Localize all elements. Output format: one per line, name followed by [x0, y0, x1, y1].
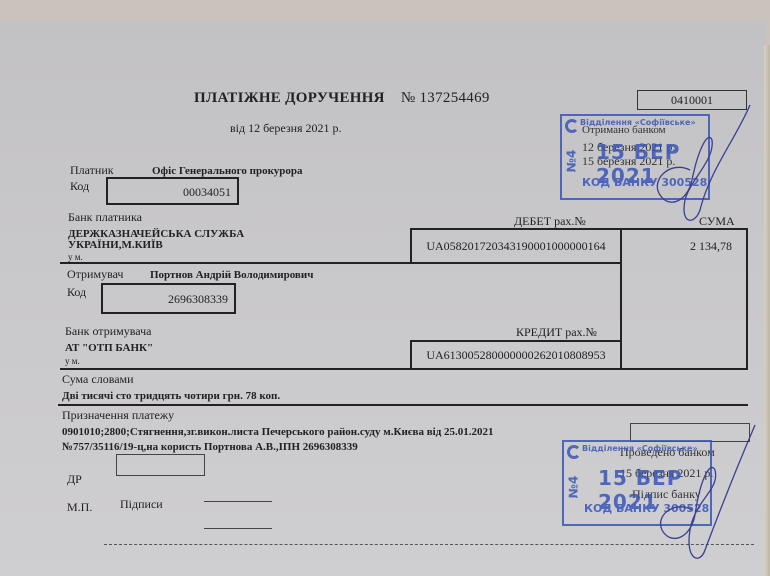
divider	[60, 368, 412, 370]
document-date: від 12 березня 2021 р.	[230, 121, 342, 136]
sum-value: 2 134,78	[690, 239, 732, 254]
debit-label: ДЕБЕТ рах.№	[514, 214, 586, 229]
mp-label: М.П.	[67, 500, 92, 515]
stamp-bank-code: КОД БАНКУ 300528	[582, 176, 707, 189]
recipient-bank-name: АТ "ОТП БАНК"	[65, 342, 153, 354]
bank-logo-icon	[565, 119, 579, 133]
recipient-code-label: Код	[67, 285, 86, 300]
recipient-bank-label: Банк отримувача	[65, 324, 151, 339]
purpose-line1: 0901010;2800;Стягнення,зг.викон.листа Пе…	[62, 426, 494, 438]
signature-line-1	[204, 501, 272, 502]
credit-account-box: UA613005280000000262010808953	[410, 340, 622, 370]
payer-name: Офіс Генерального прокурора	[152, 165, 303, 177]
bank-stamp-bottom: Відділення «Софіївське» №4 15 БЕР 2021 К…	[562, 440, 712, 526]
recipient-label: Отримувач	[67, 267, 123, 282]
signature-line-2	[204, 528, 272, 529]
stamp-number: №4	[566, 476, 580, 499]
dr-box	[116, 454, 205, 476]
purpose-label: Призначення платежу	[62, 408, 174, 423]
payer-label: Платник	[70, 163, 114, 178]
credit-label: КРЕДИТ рах.№	[516, 325, 597, 340]
payer-code-label: Код	[70, 179, 89, 194]
dr-label: ДР	[67, 472, 82, 487]
payer-bank-label: Банк платника	[68, 210, 142, 225]
stamp-branch: Відділення «Софіївське»	[580, 118, 696, 127]
document-title: ПЛАТІЖНЕ ДОРУЧЕННЯ№ 137254469	[194, 90, 490, 107]
title-text: ПЛАТІЖНЕ ДОРУЧЕННЯ	[194, 90, 385, 106]
cut-line	[104, 544, 754, 545]
bank-logo-icon	[567, 445, 581, 459]
purpose-line2: №757/35116/19-ц,на користь Портнова А.В.…	[62, 441, 358, 453]
document-number: № 137254469	[401, 90, 490, 106]
stamp-number: №4	[564, 150, 578, 173]
amount-words-value: Дві тисячі сто тридцять чотири грн. 78 к…	[62, 390, 280, 402]
stamp-branch: Відділення «Софіївське»	[582, 444, 698, 453]
form-code-box: 0410001	[637, 90, 747, 110]
sum-label: СУМА	[699, 214, 735, 229]
signatures-label: Підписи	[120, 497, 163, 512]
bank-stamp-top: Відділення «Софіївське» №4 15 БЕР 2021 К…	[560, 114, 710, 200]
amount-words-label: Сума словами	[62, 372, 134, 387]
payer-bank-name-line2: УКРАЇНИ,М.КИЇВ	[68, 239, 163, 251]
recipient-code-box: 2696308339	[101, 283, 236, 314]
debit-account-box: UA058201720343190001000000164	[410, 228, 622, 264]
payer-bank-city: у м.	[68, 252, 83, 262]
payer-code-box: 00034051	[106, 177, 239, 205]
divider	[58, 404, 748, 406]
recipient-bank-city: у м.	[65, 356, 80, 366]
divider	[60, 262, 410, 264]
paper-edge	[764, 45, 770, 576]
stamp-bank-code: КОД БАНКУ 300528	[584, 502, 709, 515]
recipient-name: Портнов Андрій Володимирович	[150, 269, 313, 281]
